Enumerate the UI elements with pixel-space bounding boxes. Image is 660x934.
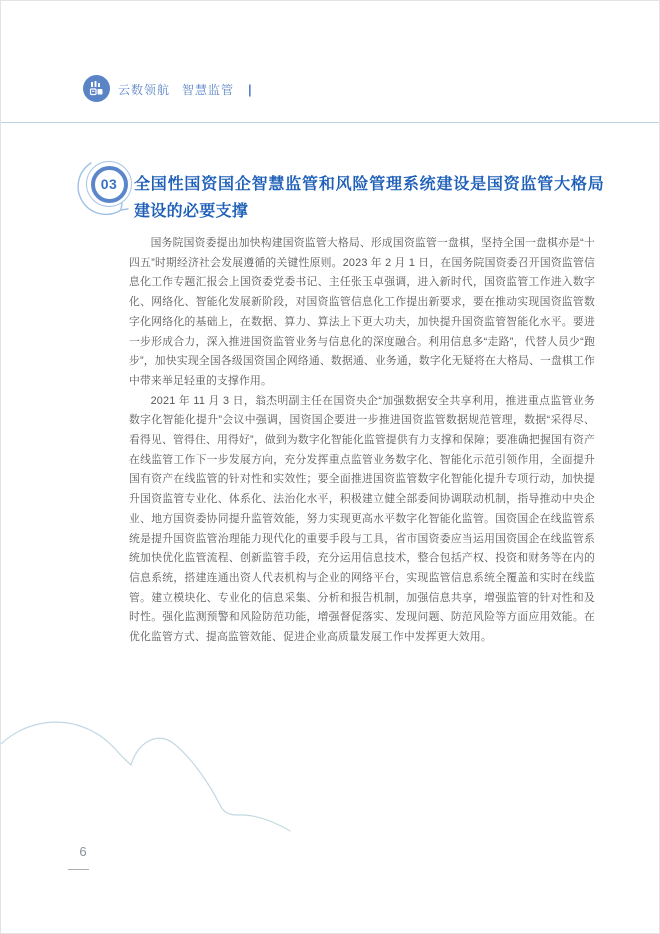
section-number-badge: 03 <box>77 154 139 218</box>
article-body: 国务院国资委提出加快构建国资监管大格局、形成国资监管一盘棋，坚持全国一盘棋亦是“… <box>129 234 595 648</box>
brand-text: 云数领航 智慧监管 | <box>118 81 253 98</box>
page-number-rule <box>68 869 89 870</box>
logo-glyph <box>88 80 105 97</box>
section-number: 03 <box>91 166 128 203</box>
paragraph-2: 2021 年 11 月 3 日，翁杰明副主任在国资央企“加强数据安全共享利用，推… <box>129 392 595 648</box>
section-title: 全国性国资国企智慧监管和风险管理系统建设是国资监管大格局建设的必要支撑 <box>134 171 604 225</box>
brand-divider: | <box>248 82 253 97</box>
page-header: 云数领航 智慧监管 | <box>1 1 660 123</box>
section-number-ring: 03 <box>86 161 132 207</box>
cloud-data-logo-icon <box>83 75 110 102</box>
cloud-outline-decoration <box>1 701 331 934</box>
brand-secondary: 智慧监管 <box>182 81 234 98</box>
page-number: 6 <box>71 844 95 859</box>
brand-primary: 云数领航 <box>118 81 170 98</box>
paragraph-1: 国务院国资委提出加快构建国资监管大格局、形成国资监管一盘棋，坚持全国一盘棋亦是“… <box>129 234 595 392</box>
